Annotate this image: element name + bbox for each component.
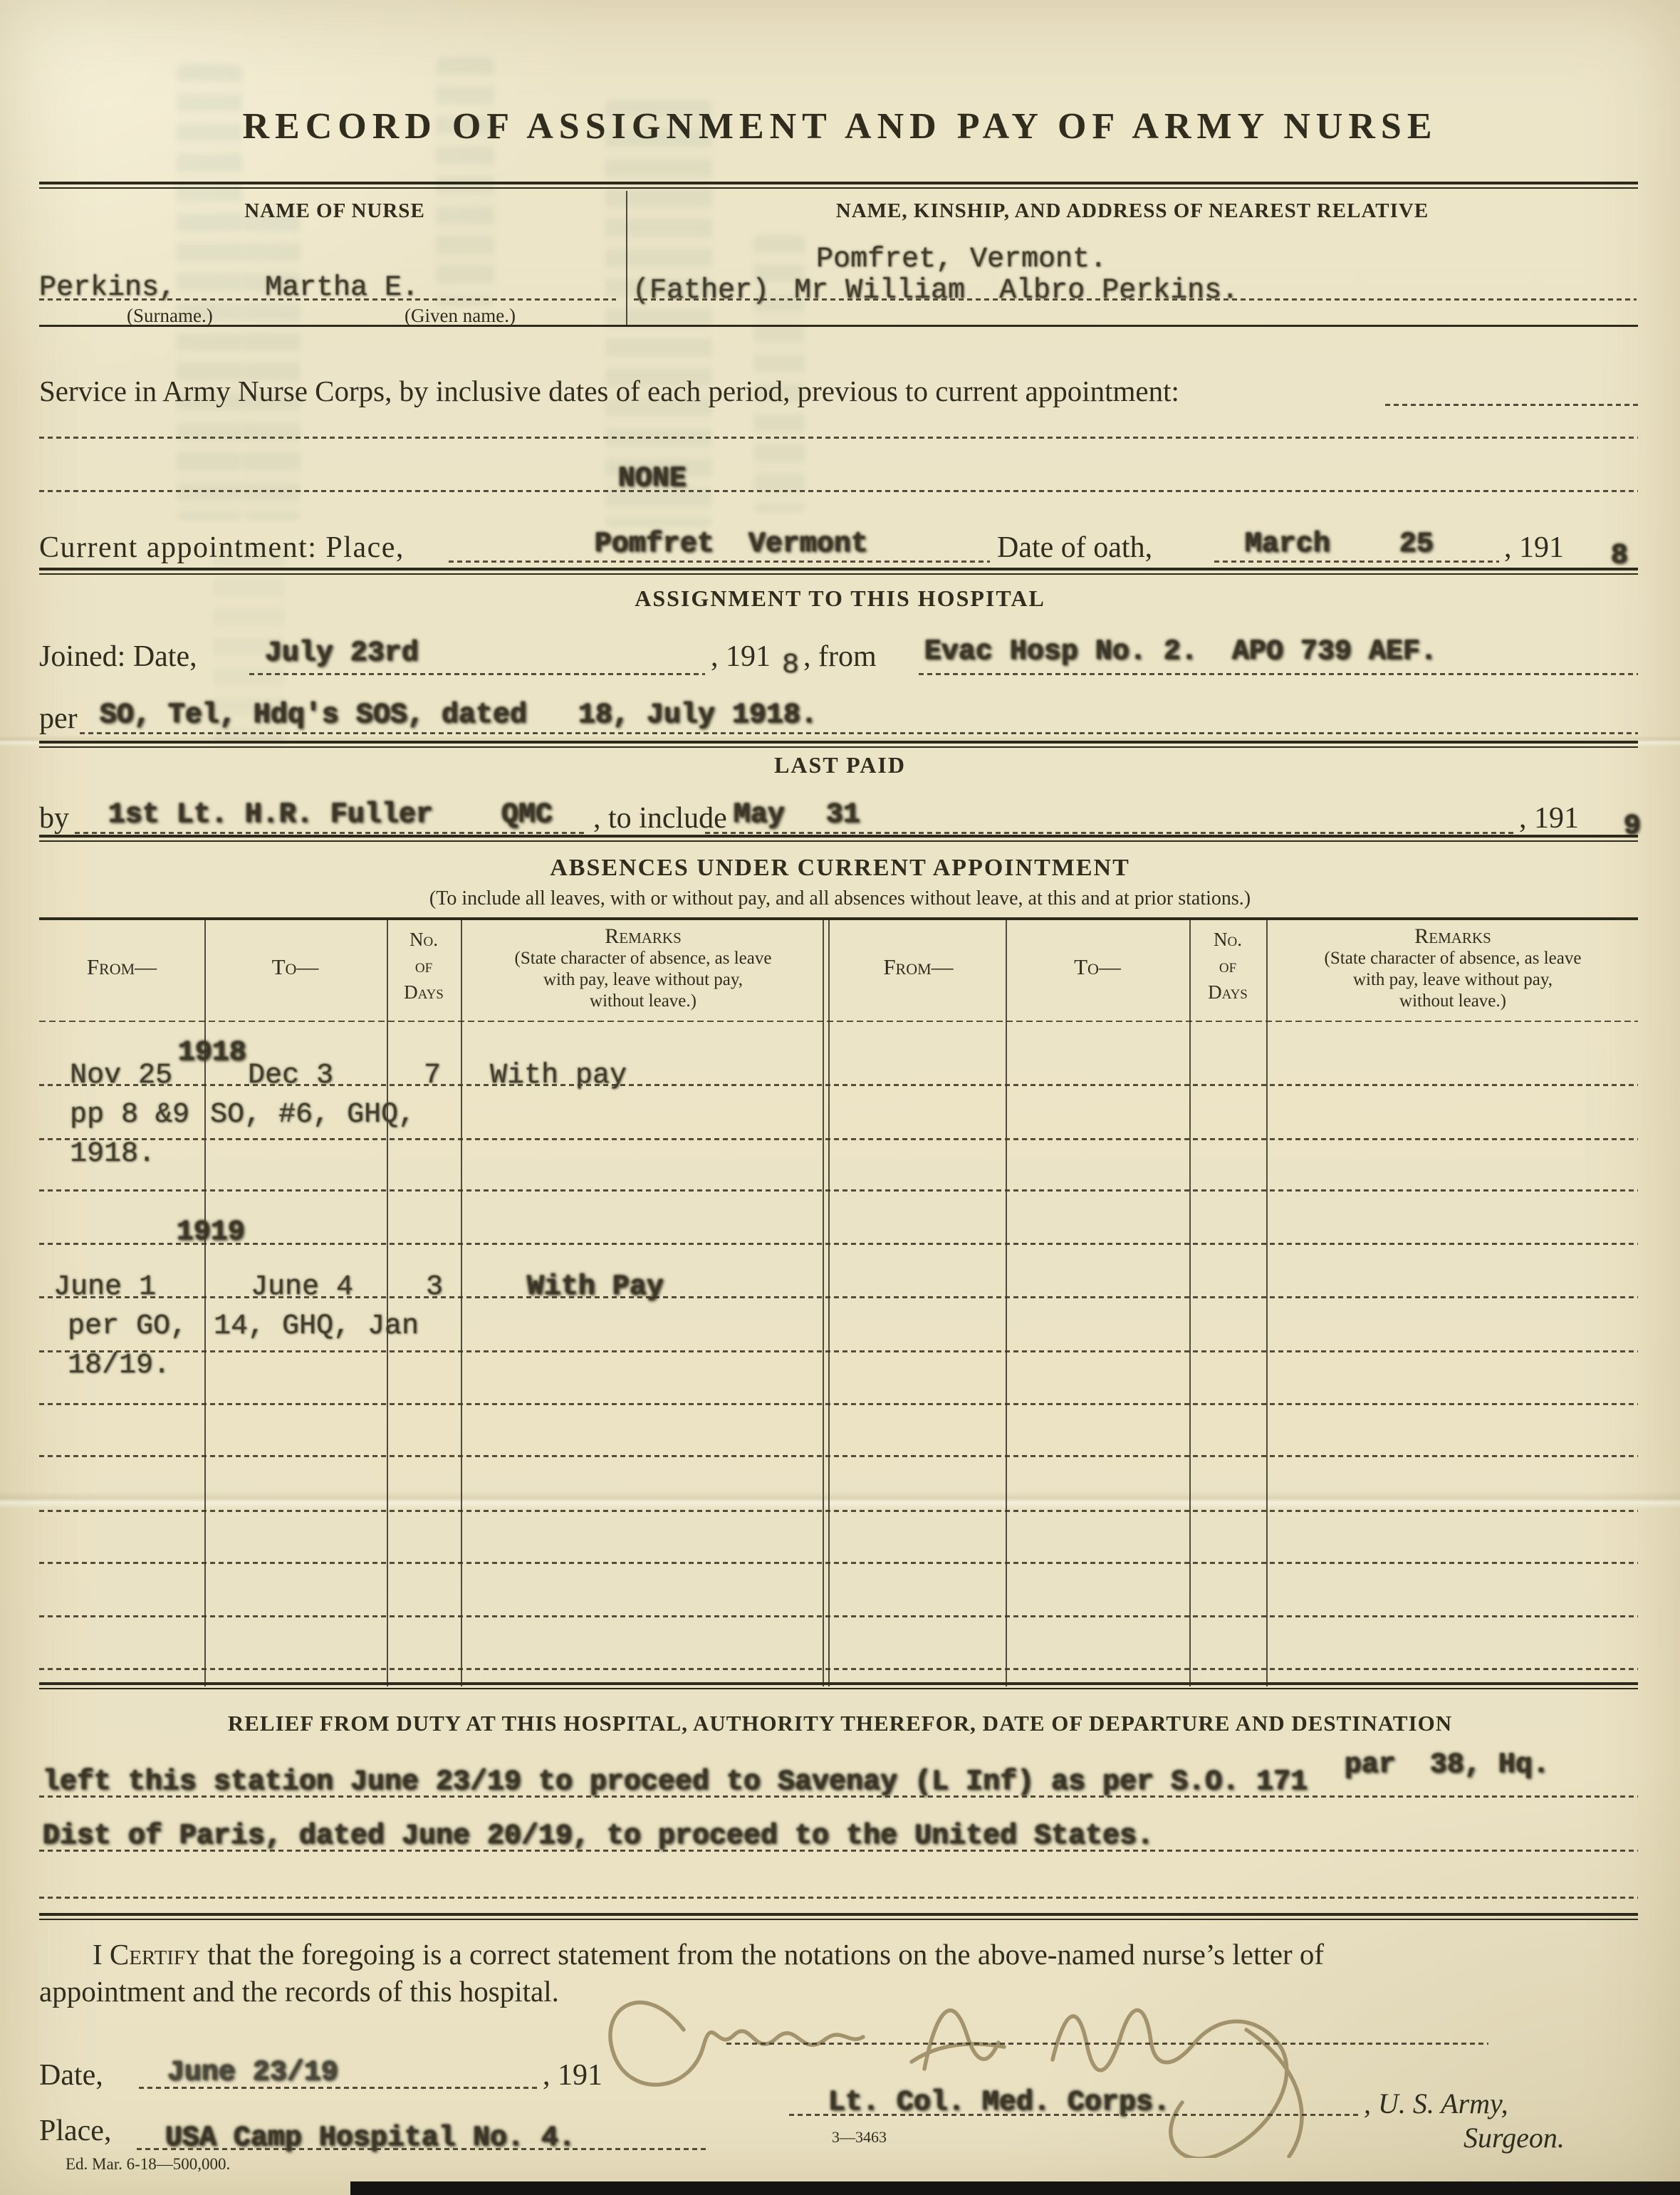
appointment-place-value: Pomfret Vermont bbox=[595, 528, 868, 561]
absence-row2-remarks: With Pay bbox=[527, 1271, 664, 1303]
joined-from-label: , from bbox=[803, 640, 877, 674]
plate-number: 3—3463 bbox=[832, 2128, 887, 2147]
relative-name-value: Mr William Albro Perkins. bbox=[794, 275, 1238, 307]
date-label: Date, bbox=[39, 2058, 103, 2092]
table-row-line bbox=[39, 1668, 1638, 1670]
table-row-line bbox=[39, 1403, 1638, 1405]
to-include-label: , to include bbox=[593, 801, 727, 835]
absences-subheading: (To include all leaves, with or without … bbox=[0, 887, 1680, 910]
paid-year-prefix: , 191 bbox=[1519, 801, 1579, 835]
ink-bleedthrough-mark bbox=[244, 214, 301, 520]
certify-word: I Certify bbox=[93, 1938, 200, 1971]
absence-row2-to: June 4 bbox=[251, 1271, 353, 1303]
absence-row1-remarks: With pay bbox=[490, 1060, 627, 1092]
col-from-right: From— bbox=[831, 954, 1006, 980]
col-remarks-note-3-right: without leave.) bbox=[1268, 991, 1638, 1011]
table-row-line bbox=[39, 1138, 1638, 1140]
place-label: Place, bbox=[39, 2114, 111, 2148]
dotted-line bbox=[1214, 561, 1499, 563]
table-bottom-rule bbox=[39, 1682, 1638, 1689]
army-label: , U. S. Army, bbox=[1364, 2087, 1508, 2120]
relief-line1-value: left this station June 23/19 to proceed … bbox=[43, 1766, 1308, 1798]
oath-year-prefix: , 191 bbox=[1504, 531, 1564, 565]
absence-row1-days: 7 bbox=[424, 1060, 441, 1092]
scan-edge-bar bbox=[350, 2181, 1680, 2195]
dotted-line bbox=[75, 832, 588, 834]
table-row-line bbox=[39, 1350, 1638, 1352]
col-to-left: To— bbox=[219, 954, 372, 980]
col-days-1-left: No. bbox=[388, 929, 459, 951]
col-from-left: From— bbox=[51, 954, 193, 980]
table-row-line bbox=[39, 1615, 1638, 1617]
dotted-line bbox=[919, 673, 1638, 675]
edition-note: Ed. Mar. 6-18—500,000. bbox=[66, 2155, 230, 2174]
absence-year-1919: 1919 bbox=[177, 1216, 245, 1248]
per-authority-value: SO, Tel, Hdq's SOS, dated 18, July 1918. bbox=[100, 699, 818, 731]
signature-line bbox=[726, 2043, 1488, 2045]
dotted-line bbox=[39, 298, 616, 301]
col-remarks-note-1-right: (State character of absence, as leave bbox=[1268, 949, 1638, 969]
relief-heading: RELIEF FROM DUTY AT THIS HOSPITAL, AUTHO… bbox=[0, 1711, 1680, 1736]
table-row-line bbox=[39, 1189, 1638, 1192]
table-column-line bbox=[1006, 917, 1007, 1686]
form-title: RECORD OF ASSIGNMENT AND PAY OF ARMY NUR… bbox=[0, 105, 1680, 147]
section-rule bbox=[39, 325, 1638, 327]
dotted-line bbox=[39, 1795, 1638, 1798]
table-column-line bbox=[1266, 917, 1268, 1686]
joined-from-unit-value: Evac Hosp No. 2. APO 739 AEF. bbox=[924, 636, 1437, 668]
absence-row1-note-b: SO, #6, GHQ, bbox=[210, 1099, 415, 1131]
oath-date-label: Date of oath, bbox=[997, 531, 1152, 565]
dotted-line bbox=[39, 1897, 1638, 1899]
date-year-prefix: , 191 bbox=[543, 2058, 602, 2092]
prior-service-label: Service in Army Nurse Corps, by inclusiv… bbox=[39, 374, 1179, 408]
surgeon-label: Surgeon. bbox=[1464, 2121, 1565, 2154]
table-row-line bbox=[39, 1455, 1638, 1457]
absence-row1-note-c: 1918. bbox=[70, 1138, 155, 1170]
col-remarks-note-1-left: (State character of absence, as leave bbox=[464, 949, 823, 969]
assignment-heading: ASSIGNMENT TO THIS HOSPITAL bbox=[0, 585, 1680, 612]
table-header-underline bbox=[39, 1021, 1638, 1022]
absence-row2-from: June 1 bbox=[53, 1271, 156, 1303]
oath-month-value: March bbox=[1245, 528, 1330, 561]
absence-row2-note-a: per GO, bbox=[68, 1310, 187, 1342]
dotted-line bbox=[39, 1850, 1638, 1852]
table-top-rule bbox=[39, 917, 1638, 920]
paymaster-value: 1st Lt. H.R. Fuller QMC bbox=[108, 799, 553, 831]
nurse-name-header: NAME OF NURSE bbox=[43, 199, 627, 223]
surname-caption: (Surname.) bbox=[127, 305, 213, 327]
joined-date-value: July 23rd bbox=[265, 637, 419, 669]
paid-month-value: May bbox=[734, 799, 785, 831]
table-column-line bbox=[1189, 917, 1191, 1686]
paid-day-value: 31 bbox=[826, 799, 860, 831]
table-column-line bbox=[823, 917, 824, 1686]
absence-row2-note-b: 14, GHQ, Jan bbox=[214, 1310, 419, 1342]
dotted-line bbox=[137, 2148, 706, 2150]
dotted-line bbox=[39, 490, 1638, 492]
double-rule bbox=[39, 1913, 1638, 1920]
joined-year-digit: 8 bbox=[782, 650, 799, 682]
absence-year-1918: 1918 bbox=[178, 1037, 246, 1069]
current-appointment-label: Current appointment: Place, bbox=[39, 531, 405, 565]
absence-row1-to: Dec 3 bbox=[248, 1060, 333, 1092]
table-column-line bbox=[461, 917, 462, 1686]
col-days-3-left: Days bbox=[388, 981, 459, 1003]
table-row-line bbox=[39, 1243, 1638, 1245]
relative-city-value: Pomfret, Vermont. bbox=[816, 244, 1107, 276]
date-value: June 23/19 bbox=[167, 2057, 338, 2089]
dotted-line bbox=[80, 732, 1638, 734]
certification-line2: appointment and the records of this hosp… bbox=[39, 1974, 559, 2008]
column-divider bbox=[626, 191, 627, 326]
absence-row1-note-a: pp 8 &9 bbox=[70, 1099, 189, 1131]
col-remarks-note-2-right: with pay, leave without pay, bbox=[1268, 970, 1638, 990]
col-days-3-right: Days bbox=[1191, 981, 1265, 1003]
dotted-line bbox=[249, 673, 705, 675]
double-rule bbox=[39, 182, 1638, 189]
double-rule bbox=[39, 835, 1638, 842]
col-days-2-right: of bbox=[1191, 955, 1265, 977]
joined-year-prefix: , 191 bbox=[711, 640, 771, 674]
dotted-line bbox=[634, 298, 1637, 301]
table-column-line bbox=[828, 917, 830, 1686]
joined-date-label: Joined: Date, bbox=[39, 640, 197, 674]
absence-row1-from: Nov 25 bbox=[70, 1060, 172, 1092]
col-to-right: To— bbox=[1008, 954, 1187, 980]
absences-heading: ABSENCES UNDER CURRENT APPOINTMENT bbox=[0, 855, 1680, 882]
absence-row2-note-c: 18/19. bbox=[68, 1350, 170, 1382]
col-remarks-note-2-left: with pay, leave without pay, bbox=[464, 970, 823, 990]
dotted-line bbox=[39, 437, 1638, 439]
paid-by-label: by bbox=[39, 801, 69, 835]
col-days-2-left: of bbox=[388, 955, 459, 977]
table-column-line bbox=[204, 917, 206, 1686]
last-paid-heading: LAST PAID bbox=[0, 752, 1680, 778]
scanned-army-nurse-form: RECORD OF ASSIGNMENT AND PAY OF ARMY NUR… bbox=[0, 0, 1680, 2195]
relief-line1-superscript: par 38, Hq. bbox=[1345, 1749, 1550, 1781]
absences-table: From— To— No. of Days Remarks (State cha… bbox=[39, 917, 1638, 1689]
given-name-caption: (Given name.) bbox=[405, 305, 516, 327]
surgeon-signature bbox=[577, 1923, 1424, 2158]
dotted-line bbox=[705, 832, 1513, 834]
double-rule bbox=[39, 741, 1638, 748]
per-label: per bbox=[39, 702, 78, 736]
dotted-line bbox=[449, 561, 990, 563]
col-days-1-right: No. bbox=[1191, 929, 1265, 951]
double-rule bbox=[39, 568, 1638, 575]
table-column-line bbox=[387, 917, 388, 1686]
dotted-line bbox=[139, 2087, 538, 2089]
table-row-line bbox=[39, 1510, 1638, 1512]
dotted-line bbox=[1385, 404, 1638, 406]
absence-row2-days: 3 bbox=[426, 1271, 443, 1303]
dotted-line bbox=[789, 2114, 1359, 2116]
relative-kinship-value: (Father) bbox=[632, 275, 769, 307]
col-remarks-right: Remarks bbox=[1268, 924, 1638, 949]
relative-header: NAME, KINSHIP, AND ADDRESS OF NEAREST RE… bbox=[627, 199, 1638, 223]
col-remarks-note-3-left: without leave.) bbox=[464, 991, 823, 1011]
col-remarks-left: Remarks bbox=[464, 924, 823, 949]
oath-day-value: 25 bbox=[1399, 528, 1434, 561]
relief-line2-value: Dist of Paris, dated June 20/19, to proc… bbox=[43, 1820, 1154, 1852]
table-row-line bbox=[39, 1562, 1638, 1564]
